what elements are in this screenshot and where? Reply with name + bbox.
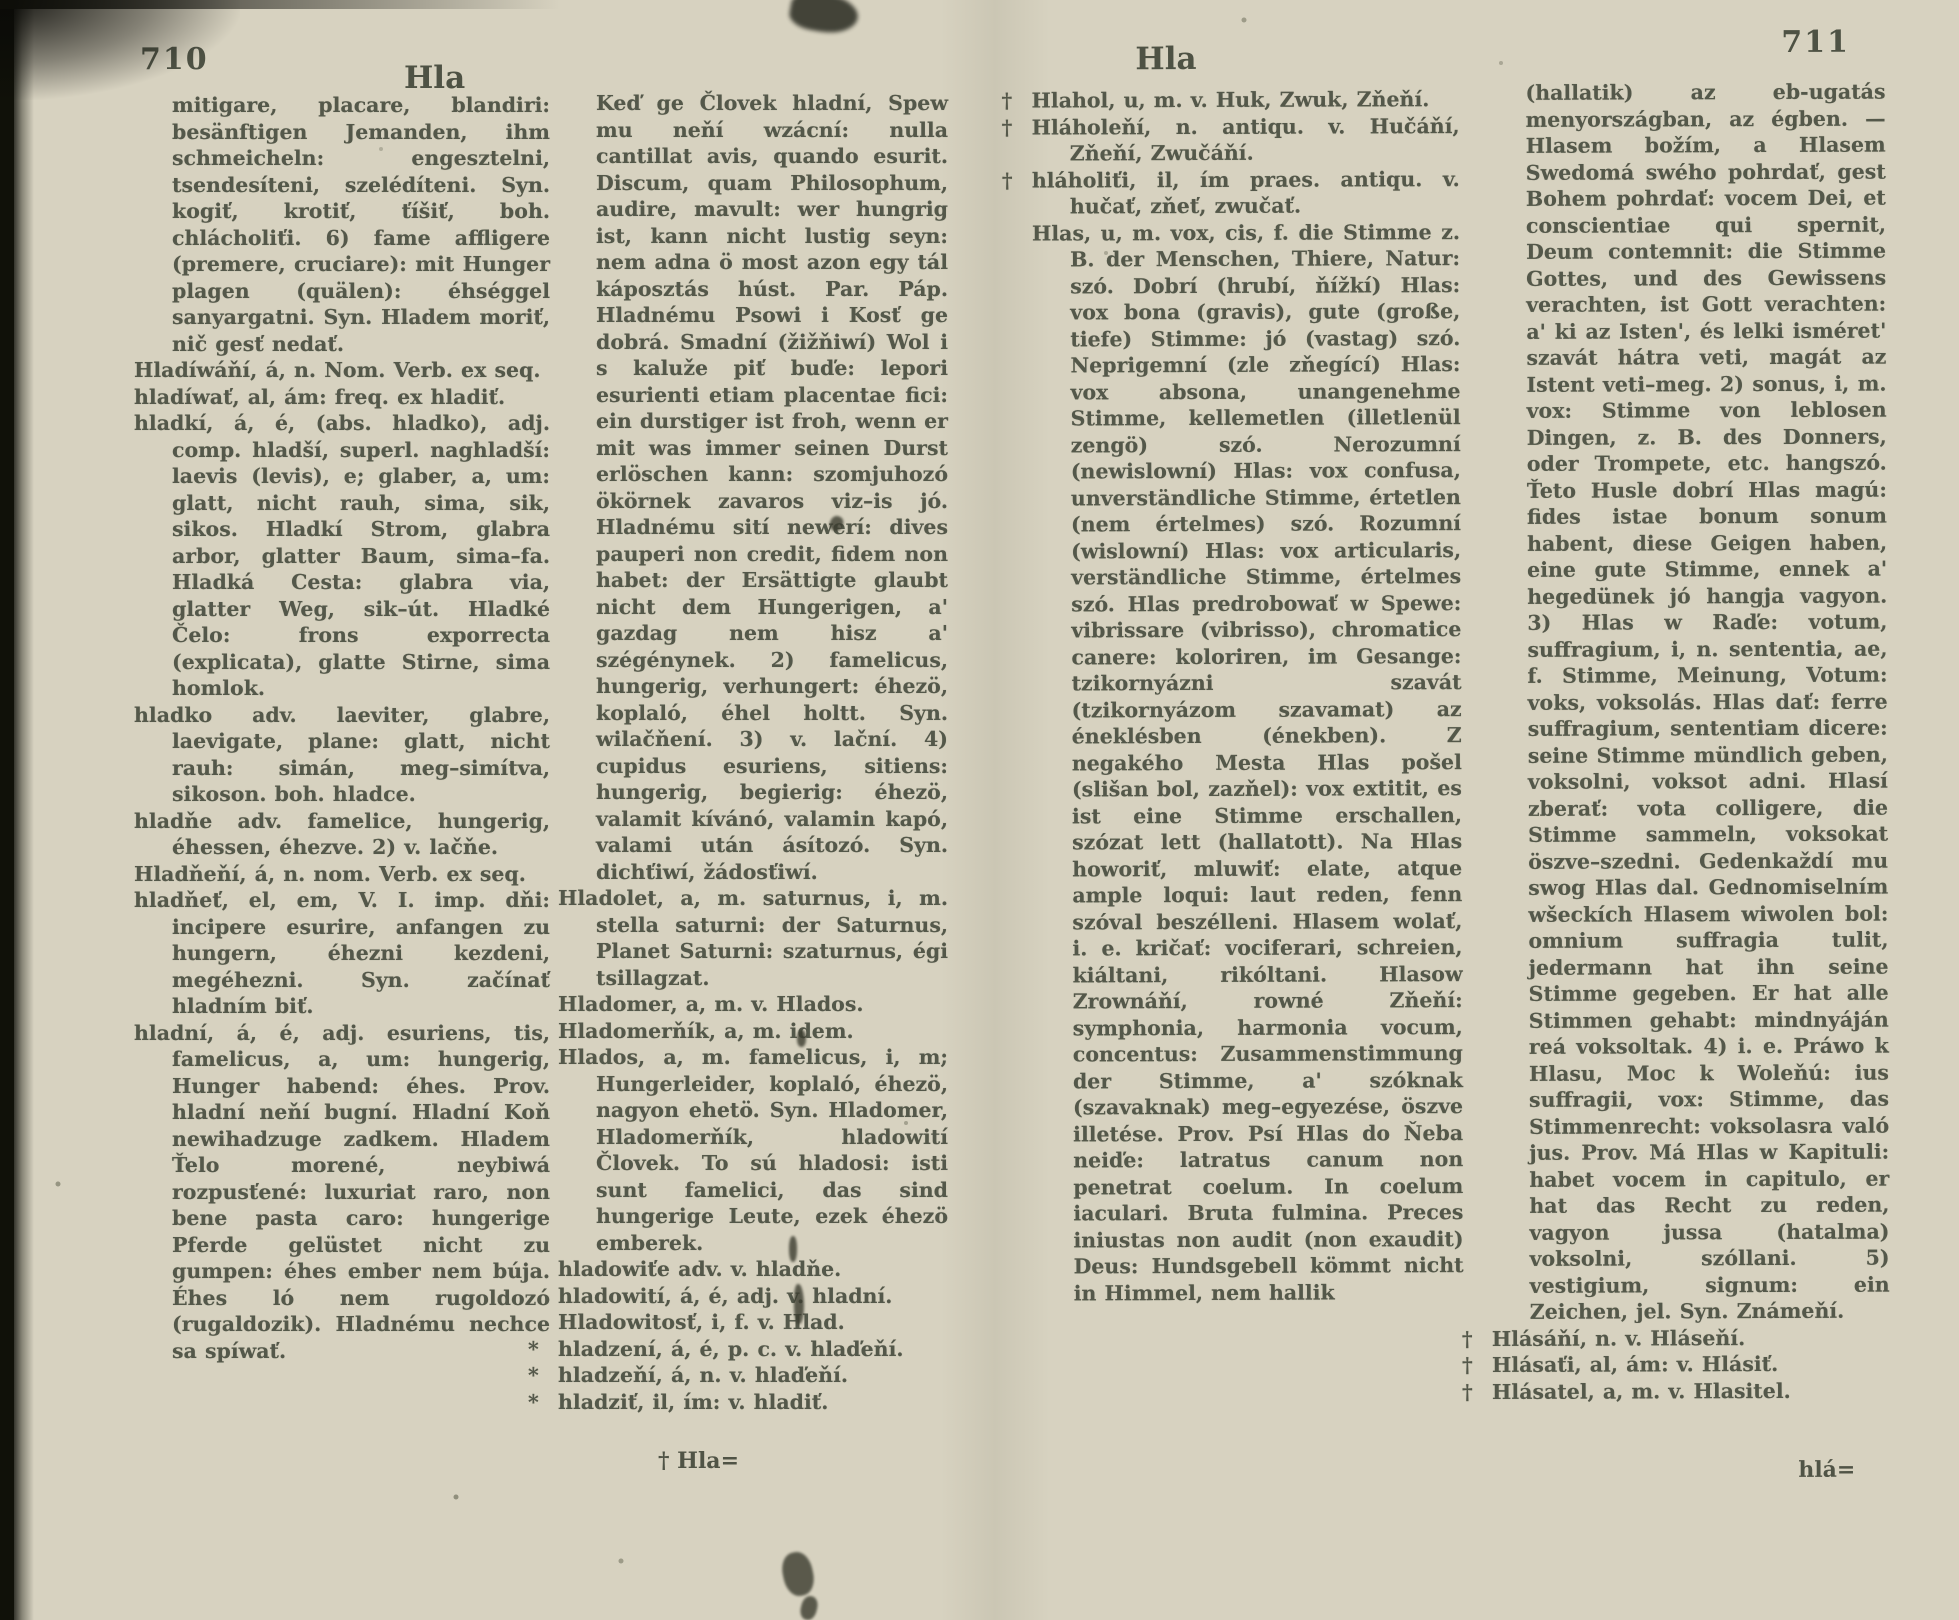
dictionary-entry: *hladzeňí, á, n. v. hlaďeňí. — [558, 1362, 948, 1389]
scanned-dictionary-spread: { "colors": { "paper": "#d7d2c0", "ink":… — [0, 0, 1959, 1620]
entry-marker: * — [528, 1362, 539, 1389]
dictionary-entry: †Hlahol, u, m. v. Huk, Zwuk, Zňeňí. — [1031, 86, 1459, 114]
dictionary-entry: †Hlásáňí, n. v. Hláseňí. — [1492, 1324, 1890, 1352]
entry-text: Hladomerňík, a, m. idem. — [558, 1019, 854, 1043]
entry-text: Hlas, u, m. vox, cis, f. die Stimme z. B… — [1032, 220, 1464, 1305]
dictionary-entry: †hláholiťi, il, ím praes. antiqu. v. huč… — [1032, 166, 1460, 220]
text-column-2: Keď ge Človek hladní, Spew mu neňí wzácn… — [558, 90, 948, 1415]
entry-text: hladowití, á, é, adj. v. hladní. — [558, 1284, 892, 1308]
entry-text: Keď ge Človek hladní, Spew mu neňí wzácn… — [596, 91, 948, 884]
dictionary-entry: *hladziť, il, ím: v. hladiť. — [558, 1389, 948, 1416]
entry-text: Hlados, a, m. famelicus, i, m; Hungerlei… — [558, 1045, 948, 1255]
dictionary-entry: Hladňeňí, á, n. nom. Verb. ex seq. — [134, 861, 550, 888]
dictionary-entry: hladňe adv. famelice, hungerig, éhessen,… — [134, 808, 550, 861]
text-column-3: †Hlahol, u, m. v. Huk, Zwuk, Zňeňí.†Hláh… — [1031, 86, 1463, 1306]
page-number-right: 711 — [1781, 25, 1850, 60]
entry-text: hladowiťe adv. v. hladňe. — [558, 1257, 841, 1281]
dictionary-entry: Hladomer, a, m. v. Hlados. — [558, 991, 948, 1018]
entry-text: Hlásaťi, al, ám: v. Hlásiť. — [1492, 1352, 1778, 1377]
dictionary-entry: hladko adv. laeviter, glabre, laevigate,… — [134, 702, 550, 808]
dictionary-entry: (hallatik) az eb-ugatás menyországban, a… — [1487, 79, 1889, 1326]
dictionary-entry: hladíwať, al, ám: freq. ex hladiť. — [134, 384, 550, 411]
dictionary-entry: Hladolet, a, m. saturnus, i, m. stella s… — [558, 885, 948, 991]
running-head-right: Hla — [1135, 41, 1196, 77]
entry-text: (hallatik) az eb-ugatás menyországban, a… — [1525, 80, 1889, 1324]
entry-marker: † — [1001, 88, 1012, 115]
entry-text: hladňe adv. famelice, hungerig, éhessen,… — [134, 809, 550, 860]
entry-text: Hlásáňí, n. v. Hláseňí. — [1492, 1326, 1745, 1351]
dictionary-entry: hladní, á, é, adj. esuriens, tis, fameli… — [134, 1020, 550, 1365]
entry-marker: * — [528, 1389, 539, 1416]
dictionary-entry: †Hlásatel, a, m. v. Hlasitel. — [1492, 1377, 1890, 1405]
entry-text: hladňeť, el, em, V. I. imp. dňi: inciper… — [134, 888, 550, 1018]
entry-text: Hladolet, a, m. saturnus, i, m. stella s… — [558, 886, 948, 990]
entry-text: hláholiťi, il, ím praes. antiqu. v. huča… — [1032, 167, 1460, 219]
left-page: 710 Hla mitigare, placare, blandiri: bes… — [0, 0, 1000, 1620]
entry-text: Hlásatel, a, m. v. Hlasitel. — [1492, 1378, 1791, 1403]
entry-text: hladíwať, al, ám: freq. ex hladiť. — [134, 385, 505, 409]
entry-text: hladziť, il, ím: v. hladiť. — [558, 1390, 828, 1414]
entry-marker: † — [1462, 1379, 1473, 1406]
right-page: Hla 711 †Hlahol, u, m. v. Huk, Zwuk, Zňe… — [997, 0, 1959, 1620]
dictionary-entry: hladňeť, el, em, V. I. imp. dňi: inciper… — [134, 887, 550, 1020]
entry-text: hladzení, á, é, p. c. v. hlaďeňí. — [558, 1337, 904, 1361]
dictionary-entry: Hladomerňík, a, m. idem. — [558, 1018, 948, 1045]
entry-text: hladkí, á, é, (abs. hladko), adj. comp. … — [134, 411, 550, 700]
dictionary-entry: Hlas, u, m. vox, cis, f. die Stimme z. B… — [1032, 219, 1464, 1307]
dictionary-entry: hladowití, á, é, adj. v. hladní. — [558, 1283, 948, 1310]
dictionary-entry: Keď ge Človek hladní, Spew mu neňí wzácn… — [558, 90, 948, 885]
entry-text: hladko adv. laeviter, glabre, laevigate,… — [134, 703, 550, 807]
entry-text: Hladowitosť, i, f. v. Hlad. — [558, 1310, 845, 1334]
entry-text: hladzeňí, á, n. v. hlaďeňí. — [558, 1363, 848, 1387]
entry-text: Hladíwáňí, á, n. Nom. Verb. ex seq. — [134, 358, 541, 382]
dictionary-entry: hladkí, á, é, (abs. hladko), adj. comp. … — [134, 410, 550, 702]
dictionary-entry: Hladíwáňí, á, n. Nom. Verb. ex seq. — [134, 357, 550, 384]
entry-text: Hladomer, a, m. v. Hlados. — [558, 992, 864, 1016]
dictionary-entry: †Hlásaťi, al, ám: v. Hlásiť. — [1492, 1351, 1890, 1379]
entry-text: Hlahol, u, m. v. Huk, Zwuk, Zňeňí. — [1031, 87, 1429, 112]
text-column-1: mitigare, placare, blandiri: besänftigen… — [134, 92, 550, 1364]
entry-text: Hláholeňí, n. antiqu. v. Hučáňí, Zňeňí, … — [1032, 114, 1460, 166]
dictionary-entry: Hladowitosť, i, f. v. Hlad. — [558, 1309, 948, 1336]
entry-marker: † — [1462, 1326, 1473, 1353]
dictionary-entry: Hlados, a, m. famelicus, i, m; Hungerlei… — [558, 1044, 948, 1256]
entry-text: Hladňeňí, á, n. nom. Verb. ex seq. — [134, 862, 526, 886]
dictionary-entry: hladowiťe adv. v. hladňe. — [558, 1256, 948, 1283]
running-head-left: Hla — [404, 60, 465, 96]
page-number-left: 710 — [140, 42, 209, 77]
entry-marker: * — [528, 1336, 539, 1363]
catchword-left: † Hla= — [658, 1448, 739, 1474]
dictionary-entry: mitigare, placare, blandiri: besänftigen… — [134, 92, 550, 357]
catchword-right: hlá= — [1798, 1457, 1855, 1483]
entry-text: mitigare, placare, blandiri: besänftigen… — [172, 93, 550, 356]
dictionary-entry: †Hláholeňí, n. antiqu. v. Hučáňí, Zňeňí,… — [1032, 113, 1460, 167]
entry-text: hladní, á, é, adj. esuriens, tis, fameli… — [134, 1021, 550, 1363]
entry-marker: † — [1002, 167, 1013, 194]
entry-marker: † — [1462, 1352, 1473, 1379]
entry-marker: † — [1002, 114, 1013, 141]
dictionary-entry: *hladzení, á, é, p. c. v. hlaďeňí. — [558, 1336, 948, 1363]
text-column-4: (hallatik) az eb-ugatás menyországban, a… — [1487, 79, 1890, 1405]
